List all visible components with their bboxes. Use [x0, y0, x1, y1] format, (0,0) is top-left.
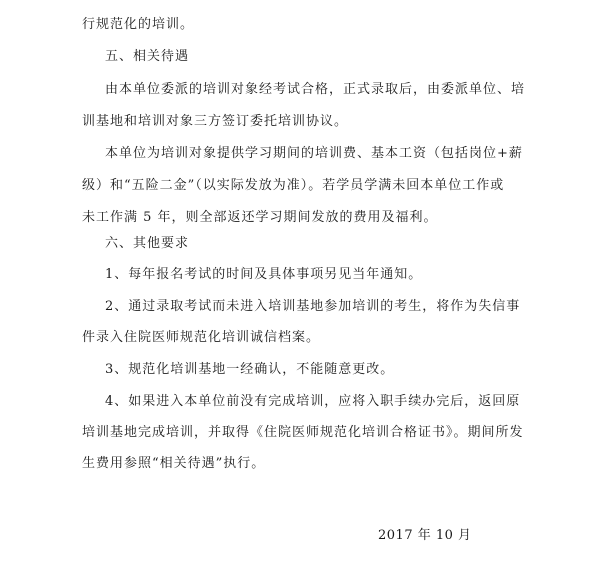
paragraph-line: 本单位为培训对象提供学习期间的培训费、基本工资（包括岗位+薪 [105, 146, 523, 162]
paragraph-line-continuation: 行规范化的培训。 [82, 17, 194, 33]
paragraph-line: 未工作满 5 年，则全部返还学习期间发放的费用及福利。 [82, 210, 438, 226]
section-heading-benefits: 五、相关待遇 [105, 49, 189, 65]
list-item-4-continuation: 培训基地完成培训，并取得《住院医师规范化培训合格证书》。期间所发 [82, 425, 524, 441]
paragraph-line: 训基地和培训对象三方签订委托培训协议。 [82, 114, 348, 130]
document-date: 2017 年 10 月 [378, 528, 472, 544]
list-item-4-continuation: 生费用参照“相关待遇”执行。 [82, 456, 265, 472]
list-item-3: 3、规范化培训基地一经确认，不能随意更改。 [105, 362, 394, 378]
list-item-4: 4、如果进入本单位前没有完成培训，应将入职手续办完后，返回原 [105, 394, 520, 410]
list-item-2-continuation: 件录入住院医师规范化培训诚信档案。 [82, 330, 320, 346]
paragraph-line: 由本单位委派的培训对象经考试合格，正式录取后，由委派单位、培 [105, 82, 525, 98]
list-item-2: 2、通过录取考试而未进入培训基地参加培训的考生，将作为失信事 [105, 299, 520, 315]
paragraph-line: 级）和“五险二金”（以实际发放为准）。若学员学满未回本单位工作或 [82, 178, 504, 194]
list-item-1: 1、每年报名考试的时间及具体事项另见当年通知。 [105, 267, 422, 283]
section-heading-other-requirements: 六、其他要求 [105, 236, 189, 252]
document-page: 行规范化的培训。 五、相关待遇 由本单位委派的培训对象经考试合格，正式录取后，由… [0, 0, 600, 565]
